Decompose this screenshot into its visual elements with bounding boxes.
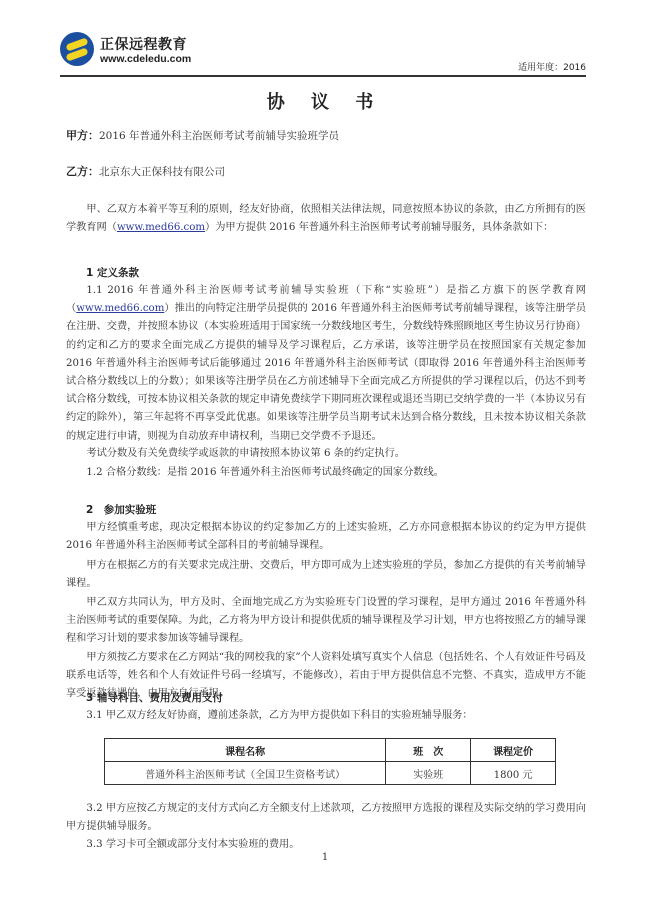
header-price: 课程定价 [471, 739, 556, 762]
course-price-table: 课程名称 班 次 课程定价 普通外科主治医师考试（全国卫生资格考试） 实验班 1… [104, 738, 556, 785]
party-b: 乙方：北京东大正保科技有限公司 [66, 163, 225, 181]
med66-link[interactable]: www.med66.com [117, 222, 205, 233]
page-number: 1 [0, 852, 650, 863]
cdeledu-logo-icon [60, 32, 94, 66]
header-divider [60, 75, 586, 77]
intro-paragraph: 甲、乙双方本着平等互利的原则，经友好协商，依照相关法律法规，同意按照本协议的条款… [66, 201, 586, 237]
cell-price: 1800 元 [471, 762, 556, 785]
med66-link-2[interactable]: www.med66.com [76, 303, 164, 314]
section-3-1-paragraph: 3.1 甲乙双方经友好协商，遵前述条款，乙方为甲方提供如下科目的实验班辅导服务： [66, 707, 586, 725]
section-1-note: 考试分数及有关免费续学或返款的申请按照本协议第 6 条的约定执行。 [66, 445, 586, 463]
cell-course-name: 普通外科主治医师考试（全国卫生资格考试） [105, 762, 386, 785]
section-1-1-text-cont: ）推出的向特定注册学员提供的 2016 年普通外科主治医师考试考前辅导课程，该等… [66, 303, 586, 441]
document-title: 协 议 书 [0, 88, 650, 114]
section-3-heading: 3 辅导科目、费用及费用支付 [86, 690, 223, 705]
table-header-row: 课程名称 班 次 课程定价 [105, 739, 556, 762]
party-a: 甲方：2016 年普通外科主治医师考试考前辅导实验班学员 [66, 127, 339, 145]
party-a-label: 甲方： [66, 129, 99, 142]
applicable-year: 适用年度：2016 [518, 60, 586, 73]
section-2-paragraph-3: 甲乙双方共同认为，甲方及时、全面地完成乙方为实验班专门设置的学习课程，是甲方通过… [66, 594, 586, 649]
header-class: 班 次 [386, 739, 471, 762]
intro-text-cont: ）为甲方提供 2016 年普通外科主治医师考试考前辅导服务，具体条款如下： [205, 222, 553, 233]
section-2-paragraph-2: 甲方在根据乙方的有关要求完成注册、交费后，甲方即可成为上述实验班的学员，参加乙方… [66, 557, 586, 593]
section-1-heading: 1 定义条款 [86, 265, 139, 280]
party-a-value: 2016 年普通外科主治医师考试考前辅导实验班学员 [99, 130, 339, 142]
party-b-label: 乙方： [66, 165, 99, 178]
section-1-2-paragraph: 1.2 合格分数线：是指 2016 年普通外科主治医师考试最终确定的国家分数线。 [66, 464, 586, 482]
brand-url: www.cdeledu.com [100, 53, 191, 65]
section-2-paragraph-1: 甲方经慎重考虑，现决定根据本协议的约定参加乙方的上述实验班，乙方亦同意根据本协议… [66, 519, 586, 555]
section-1-1-paragraph: 1.1 2016 年普通外科主治医师考试考前辅导实验班（下称“实验班”）是指乙方… [66, 282, 586, 446]
cell-class: 实验班 [386, 762, 471, 785]
section-3-2-paragraph: 3.2 甲方应按乙方规定的支付方式向乙方全额支付上述款项，乙方按照甲方选报的课程… [66, 800, 586, 836]
table-row: 普通外科主治医师考试（全国卫生资格考试） 实验班 1800 元 [105, 762, 556, 785]
party-b-value: 北京东大正保科技有限公司 [99, 166, 225, 178]
header-course-name: 课程名称 [105, 739, 386, 762]
page-header: 正保远程教育 www.cdeledu.com 适用年度：2016 [60, 30, 586, 76]
brand-name: 正保远程教育 [100, 34, 187, 54]
section-2-heading: 2 参加实验班 [86, 502, 156, 517]
